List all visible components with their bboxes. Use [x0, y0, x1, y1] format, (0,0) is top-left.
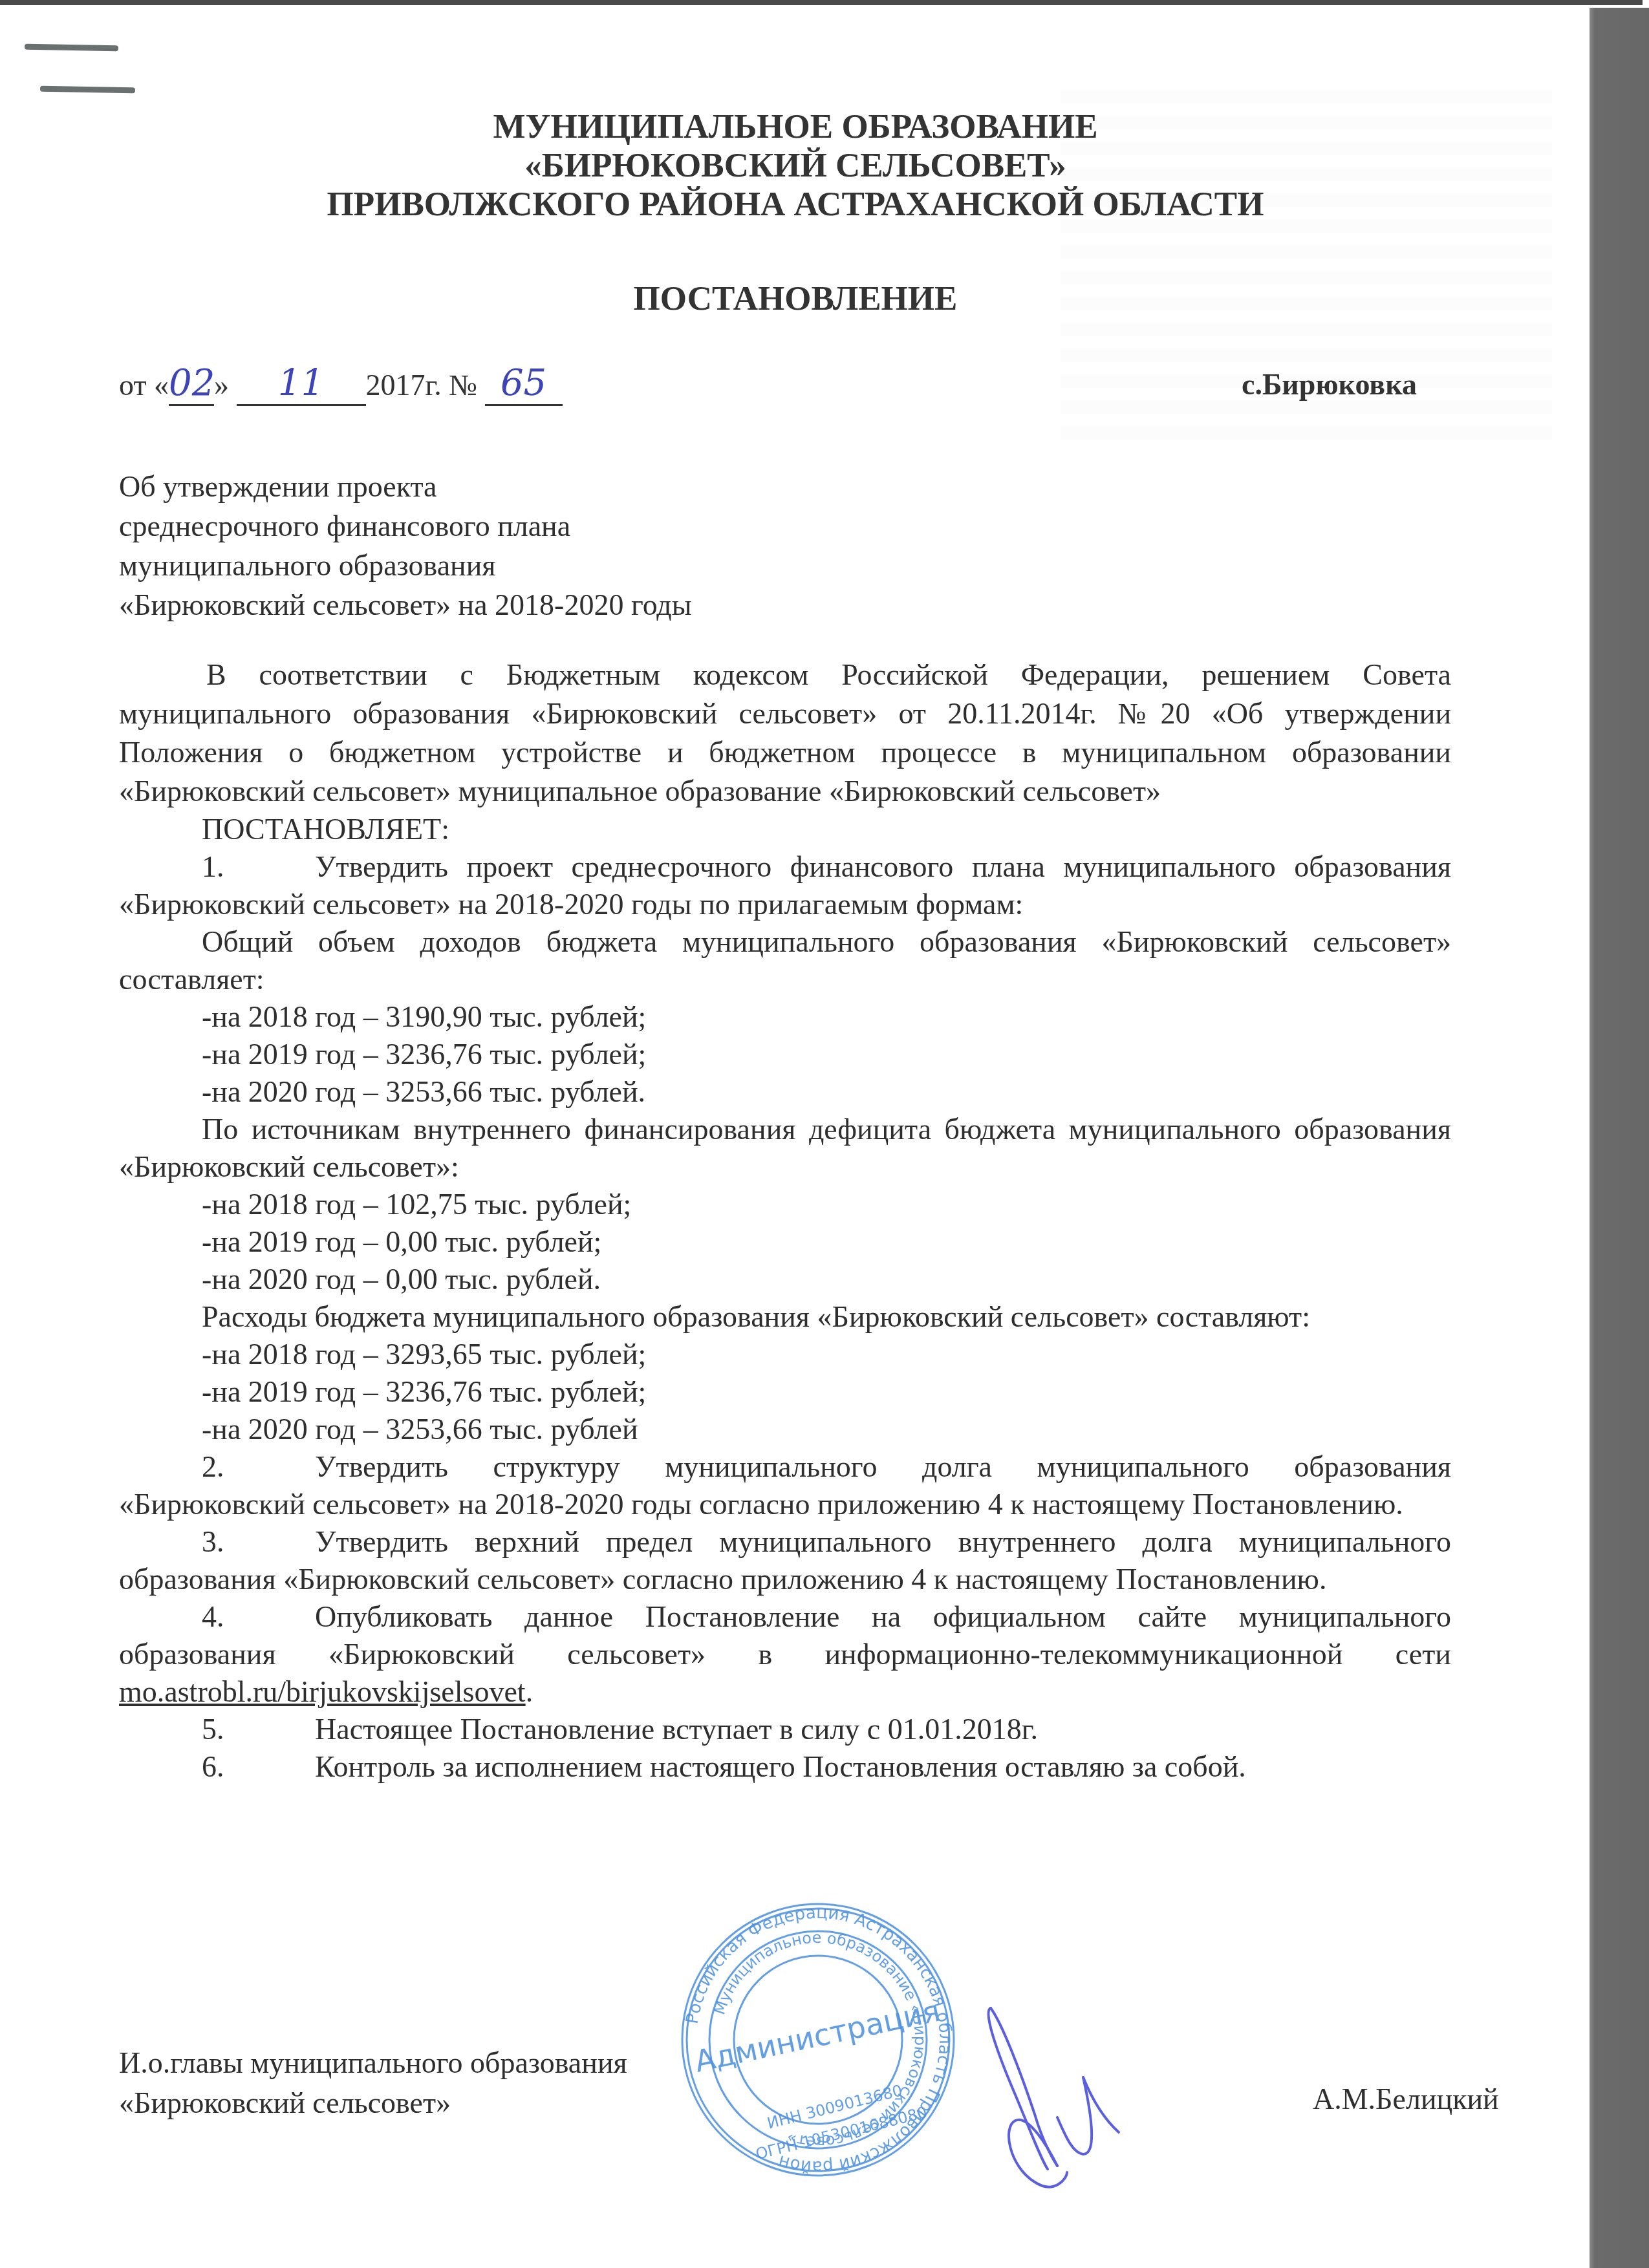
income-2020: -на 2020 год – 3253,66 тыс. рублей.: [119, 1073, 1451, 1111]
item-1: 1.Утвердить проект среднесрочного финанс…: [119, 848, 1451, 923]
deficit-2018: -на 2018 год – 102,75 тыс. рублей;: [119, 1186, 1451, 1223]
subject-line: «Бирюковский сельсовет» на 2018-2020 год…: [119, 585, 692, 625]
document-number: 65: [501, 362, 546, 404]
expenses-2019: -на 2019 год – 3236,76 тыс. рублей;: [119, 1373, 1451, 1411]
subject-block: Об утверждении проекта среднесрочного фи…: [119, 467, 692, 625]
header-line-3: ПРИВОЛЖСКОГО РАЙОНА АСТРАХАНСКОЙ ОБЛАСТИ: [0, 184, 1591, 224]
header-line-2: «БИРЮКОВСКИЙ СЕЛЬСОВЕТ»: [0, 145, 1591, 186]
signatory-name: А.М.Белицкий: [1313, 2082, 1499, 2116]
header-line-1: МУНИЦИПАЛЬНОЕ ОБРАЗОВАНИЕ: [0, 107, 1591, 147]
document-body: В соответствии с Бюджетным кодексом Росс…: [119, 656, 1451, 1786]
website-link[interactable]: mo.astrobl.ru/birjukovskijselsovet: [119, 1675, 526, 1708]
official-stamp-icon: Российская Федерация Астраханская област…: [679, 1901, 957, 2179]
preamble: В соответствии с Бюджетным кодексом Росс…: [119, 656, 1451, 811]
subject-line: среднесрочного финансового плана: [119, 506, 692, 546]
date-mid: »: [214, 369, 237, 401]
scan-right-edge: [1590, 8, 1649, 2268]
scan-top-edge: [0, 0, 1643, 5]
signatory-position-line-2: «Бирюковский сельсовет»: [119, 2083, 627, 2123]
expenses-intro: Расходы бюджета муниципального образован…: [119, 1298, 1451, 1336]
scan-mark: [25, 44, 118, 52]
subject-line: Об утверждении проекта: [119, 467, 692, 506]
signatory-position-line-1: И.о.главы муниципального образования: [119, 2043, 627, 2083]
deficit-intro: По источникам внутреннего финансирования…: [119, 1111, 1451, 1186]
date-day: 02: [169, 362, 215, 404]
expenses-2020: -на 2020 год – 3253,66 тыс. рублей: [119, 1411, 1451, 1448]
date-line: от «02» 112017г. № 65: [119, 362, 563, 406]
scan-mark: [40, 86, 135, 94]
item-3: 3.Утвердить верхний предел муниципальног…: [119, 1523, 1451, 1598]
item-5: 5.Настоящее Постановление вступает в сил…: [119, 1711, 1451, 1748]
expenses-2018: -на 2018 год – 3293,65 тыс. рублей;: [119, 1336, 1451, 1373]
date-month: 11: [278, 362, 324, 404]
item-6: 6.Контроль за исполнением настоящего Пос…: [119, 1748, 1451, 1786]
document-title: ПОСТАНОВЛЕНИЕ: [0, 279, 1591, 318]
place-name: с.Бирюковка: [1242, 367, 1417, 401]
income-2019: -на 2019 год – 3236,76 тыс. рублей;: [119, 1036, 1451, 1073]
date-prefix: от «: [119, 369, 169, 401]
handwritten-signature-icon: [970, 1985, 1216, 2205]
resolves-label: ПОСТАНОВЛЯЕТ:: [119, 811, 1451, 848]
item-2: 2.Утвердить структуру муниципального дол…: [119, 1448, 1451, 1523]
deficit-2019: -на 2019 год – 0,00 тыс. рублей;: [119, 1223, 1451, 1261]
subject-line: муниципального образования: [119, 546, 692, 585]
income-intro: Общий объем доходов бюджета муниципально…: [119, 923, 1451, 998]
item-4: 4.Опубликовать данное Постановление на о…: [119, 1598, 1451, 1711]
income-2018: -на 2018 год – 3190,90 тыс. рублей;: [119, 998, 1451, 1036]
deficit-2020: -на 2020 год – 0,00 тыс. рублей.: [119, 1261, 1451, 1298]
signatory-position: И.о.главы муниципального образования «Би…: [119, 2043, 627, 2123]
date-year: 2017г. №: [366, 369, 478, 401]
